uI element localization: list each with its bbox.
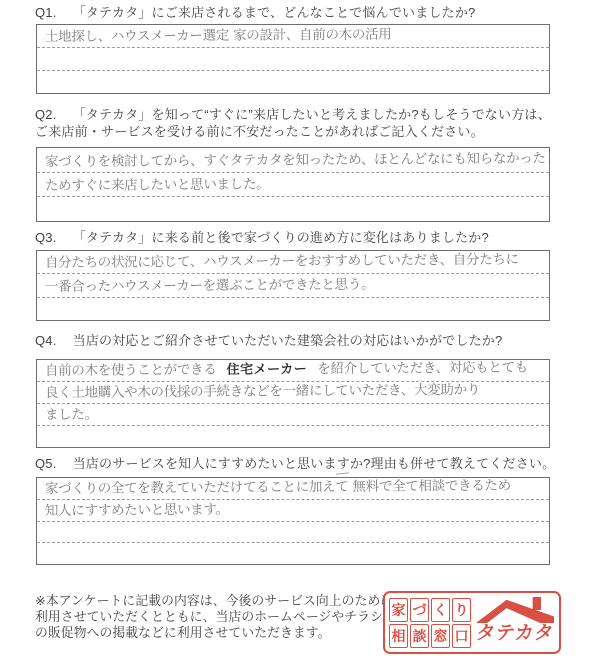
answer-row: ました。 (37, 404, 549, 426)
question-q2-number: Q2. (35, 107, 57, 122)
handwritten-answer-q4-line1-pre: 自前の木を使うことができる (45, 362, 217, 379)
stray-pencil-mark (336, 472, 349, 474)
logo-cell: り (452, 598, 471, 622)
answer-row: 一番合ったハウスメーカーを選ぶことができたと思う。 (37, 274, 549, 297)
logo-cell: 談 (410, 624, 429, 648)
question-q3-header: Q3.「タテカタ」に来る前と後で家づくりの進め方に変化はありましたか? (35, 230, 489, 247)
question-q4-text: 当店の対応とご紹介させていただいた建築会社の対応はいかがでしたか? (73, 333, 503, 348)
answer-row: 知人にすすめたいと思います。 (37, 500, 549, 522)
logo-cell: づ (410, 598, 429, 622)
answer-row (37, 522, 549, 544)
disclaimer-line1: ※本アンケートに記載の内容は、今後のサービス向上のために (35, 593, 396, 609)
question-q4-header: Q4.当店の対応とご紹介させていただいた建築会社の対応はいかがでしたか? (35, 333, 502, 350)
question-q1-header: Q1.「タテカタ」にご来店されるまで、どんなことで悩んでいましたか? (35, 5, 475, 22)
house-roof-icon (475, 597, 555, 623)
redacted-maker-name: 住宅メーカー (226, 361, 307, 377)
tatekata-logo: 家 づ く り 相 談 窓 口 タテカタ (383, 591, 561, 654)
handwritten-answer-q4-line2: 良く土地購入や木の伐採の手続きなどを一緒にしていただき、大変助かり (45, 382, 480, 401)
answer-row (37, 426, 549, 447)
answer-row (37, 71, 549, 93)
question-q1-number: Q1. (35, 5, 57, 20)
handwritten-answer-q5-line2: 知人にすすめたいと思います。 (45, 501, 229, 518)
logo-cell: く (431, 598, 450, 622)
answer-row (37, 48, 549, 71)
survey-sheet: Q1.「タテカタ」にご来店されるまで、どんなことで悩んでいましたか? 土地探し、… (0, 0, 595, 662)
logo-cell: 窓 (431, 624, 450, 648)
disclaimer-line3: の販促物への掲載などに利用させていただきます。 (35, 625, 396, 641)
question-q2-header: Q2.「タテカタ」を知って“すぐに”来店したいと考えましたか?もしそうでない方は… (35, 107, 551, 140)
question-q3-number: Q3. (35, 230, 57, 245)
question-q4-number: Q4. (35, 333, 57, 348)
logo-cell: 相 (389, 624, 408, 648)
question-q2-text-line2: ご来店前・サービスを受ける前に不安だったことがあればご記入ください。 (35, 124, 551, 141)
answer-row (37, 197, 549, 221)
answer-row: 家づくりの全てを教えていただけてることに加えて 無料で全て相談できるため (37, 478, 549, 500)
handwritten-answer-q2-line2: ためすぐに来店したいと思いました。 (45, 177, 270, 195)
logo-cell: 家 (389, 598, 408, 622)
answer-row: ためすぐに来店したいと思いました。 (37, 173, 549, 198)
handwritten-answer-q4-line1-post: を紹介していただき、対応もとても (317, 360, 528, 377)
answer-row (37, 298, 549, 320)
handwritten-answer-q2-line1: 家づくりを検討してから、すぐタテカタを知ったため、ほとんどなにも知らなかった (45, 150, 546, 169)
handwritten-answer-q3-line2: 一番合ったハウスメーカーを選ぶことができたと思う。 (45, 276, 374, 294)
answer-box-q2: 家づくりを検討してから、すぐタテカタを知ったため、ほとんどなにも知らなかった た… (36, 147, 550, 222)
answer-box-q4: 自前の木を使うことができる住宅メーカーを紹介していただき、対応もとても 良く土地… (36, 359, 550, 448)
handwritten-answer-q4-line3: ました。 (45, 407, 98, 423)
logo-cell: 口 (452, 624, 471, 648)
question-q3-text: 「タテカタ」に来る前と後で家づくりの進め方に変化はありましたか? (73, 230, 489, 245)
usage-disclaimer: ※本アンケートに記載の内容は、今後のサービス向上のために 利用させていただくとと… (35, 593, 396, 641)
question-q1-text: 「タテカタ」にご来店されるまで、どんなことで悩んでいましたか? (73, 5, 476, 20)
answer-row: 自分たちの状況に応じて、ハウスメーカーをおすすめしていただき、自分たちに (37, 251, 549, 274)
question-q5-header: Q5.当店のサービスを知人にすすめたいと思いますか?理由も併せて教えてください。 (35, 456, 555, 473)
question-q2-text-line1: 「タテカタ」を知って“すぐに”来店したいと考えましたか?もしそうでない方は、 (73, 107, 551, 122)
handwritten-answer-q1-line1: 土地探し、ハウスメーカー選定 家の設計、自前の木の活用 (45, 27, 392, 45)
question-q5-text: 当店のサービスを知人にすすめたいと思いますか?理由も併せて教えてください。 (73, 456, 556, 471)
disclaimer-line2: 利用させていただくとともに、当店のホームページやチラシ等 (35, 609, 396, 625)
handwritten-answer-q5-line1: 家づくりの全てを教えていただけてることに加えて 無料で全て相談できるため (45, 477, 511, 496)
answer-row: 土地探し、ハウスメーカー選定 家の設計、自前の木の活用 (37, 25, 549, 48)
answer-box-q5: 家づくりの全てを教えていただけてることに加えて 無料で全て相談できるため 知人に… (36, 477, 550, 565)
answer-row (37, 543, 549, 564)
answer-box-q3: 自分たちの状況に応じて、ハウスメーカーをおすすめしていただき、自分たちに 一番合… (36, 250, 550, 321)
question-q5-number: Q5. (35, 456, 57, 471)
answer-row: 良く土地購入や木の伐採の手続きなどを一緒にしていただき、大変助かり (37, 382, 549, 404)
answer-row: 家づくりを検討してから、すぐタテカタを知ったため、ほとんどなにも知らなかった (37, 148, 549, 173)
logo-brand-text: タテカタ (474, 623, 555, 646)
answer-box-q1: 土地探し、ハウスメーカー選定 家の設計、自前の木の活用 (36, 24, 550, 94)
logo-character-grid: 家 づ く り 相 談 窓 口 (389, 598, 471, 648)
handwritten-answer-q3-line1: 自分たちの状況に応じて、ハウスメーカーをおすすめしていただき、自分たちに (45, 252, 519, 271)
